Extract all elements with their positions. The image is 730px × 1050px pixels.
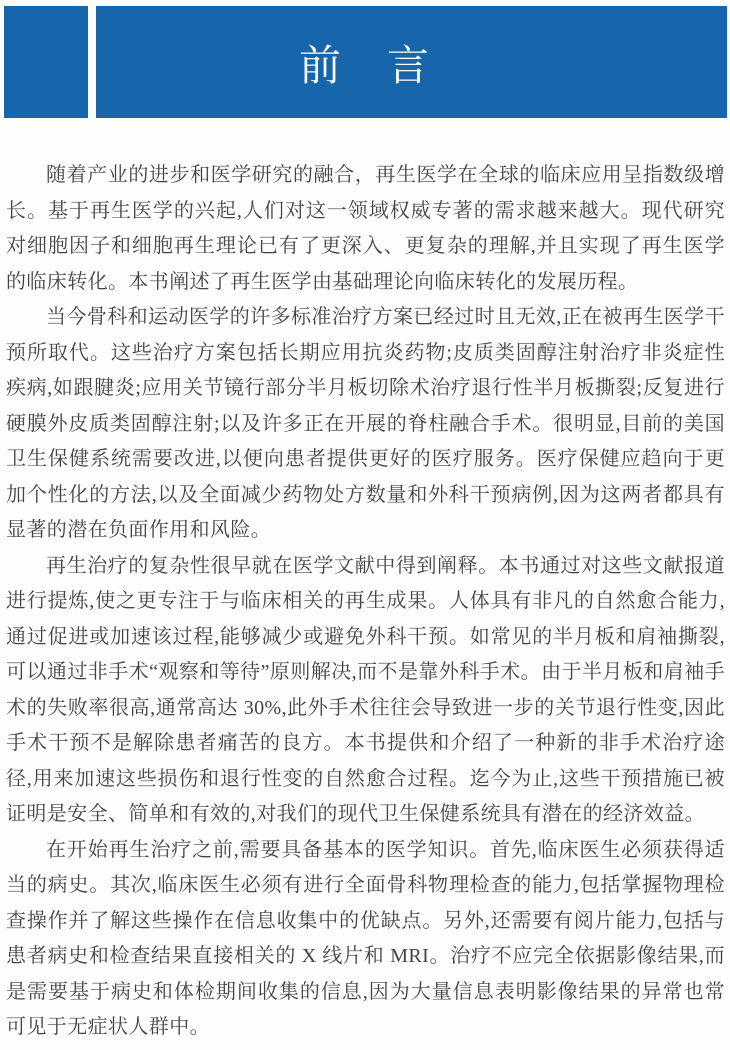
book-page: 前 言 随着产业的进步和医学研究的融合，再生医学在全球的临床应用呈指数级增长。基… — [0, 0, 730, 1050]
preface-header: 前 言 — [0, 0, 730, 118]
paragraph-1: 随着产业的进步和医学研究的融合，再生医学在全球的临床应用呈指数级增长。基于再生医… — [6, 158, 725, 300]
paragraph-4: 在开始再生治疗之前,需要具备基本的医学知识。首先,临床医生必须获得适当的病史。其… — [6, 833, 725, 1046]
preface-body: 随着产业的进步和医学研究的融合，再生医学在全球的临床应用呈指数级增长。基于再生医… — [6, 158, 725, 1046]
paragraph-3: 再生治疗的复杂性很早就在医学文献中得到阐释。本书通过对这些文献报道进行提炼,使之… — [6, 549, 725, 833]
paragraph-2: 当今骨科和运动医学的许多标准治疗方案已经过时且无效,正在被再生医学干预所取代。这… — [6, 300, 725, 549]
page-title: 前 言 — [0, 44, 730, 90]
